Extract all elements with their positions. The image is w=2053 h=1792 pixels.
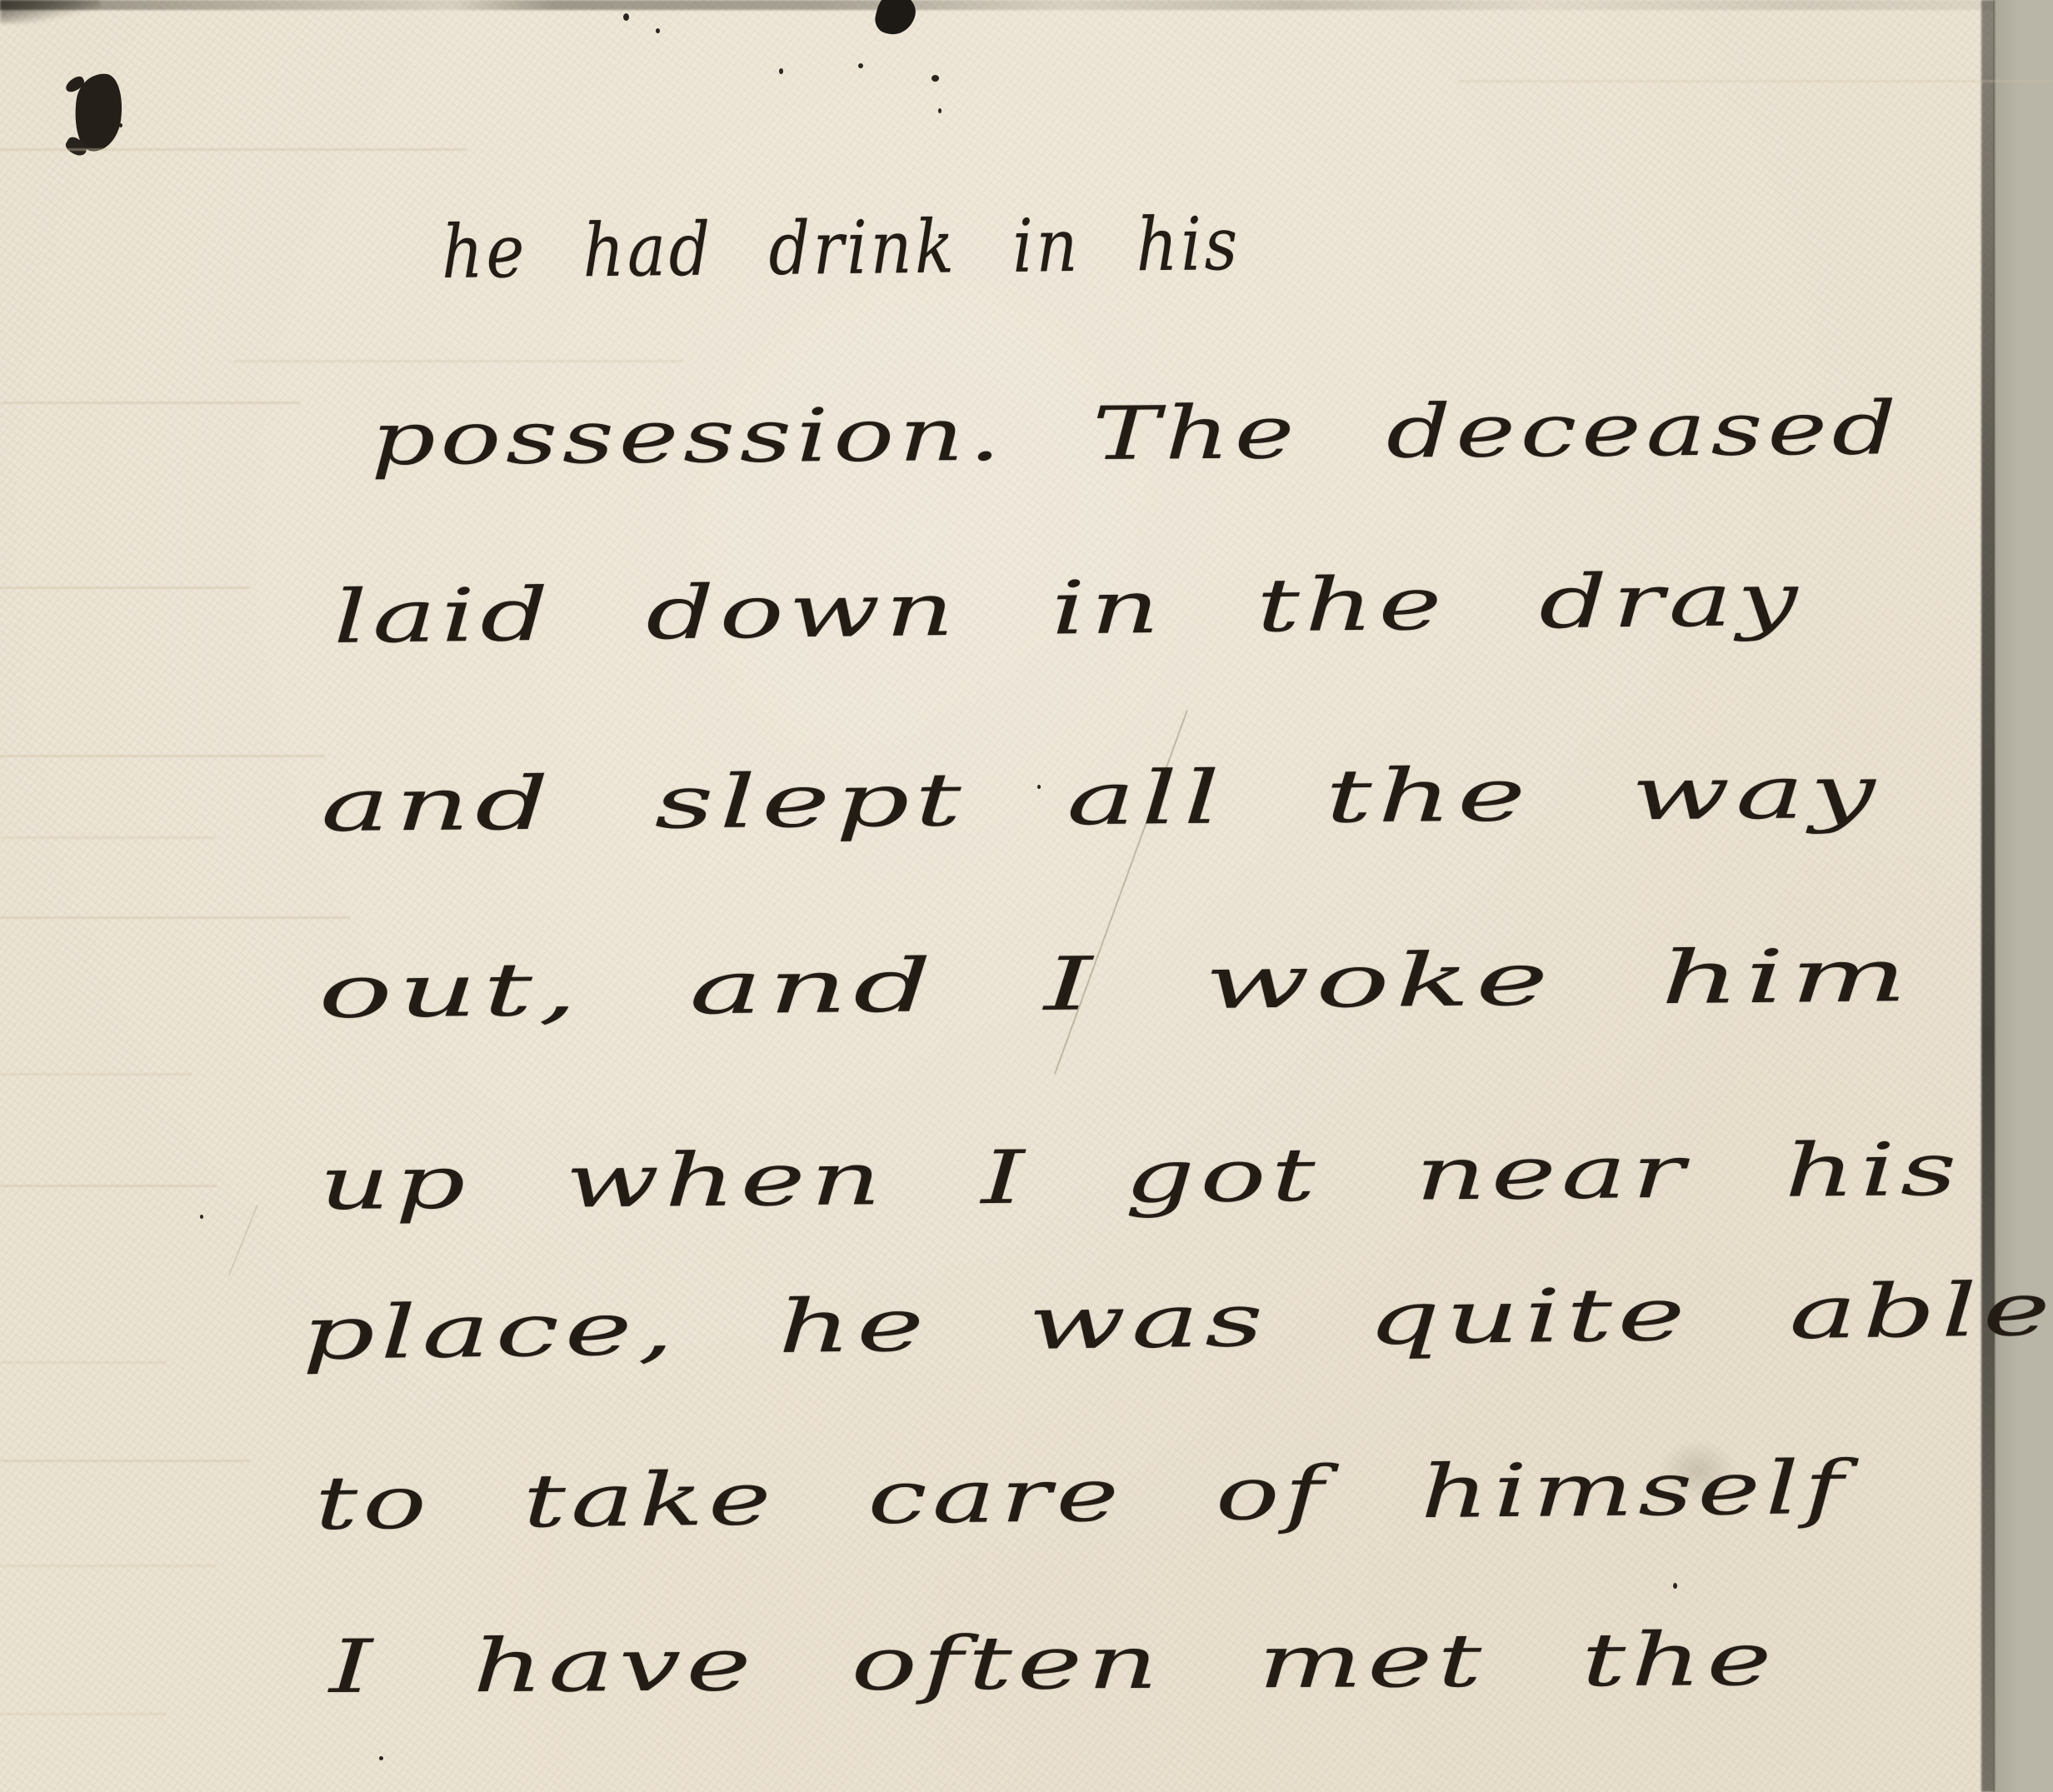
ink-speck — [932, 75, 939, 82]
ruled-line — [0, 916, 350, 919]
ruled-line — [233, 360, 683, 362]
scan-top-edge — [0, 0, 2053, 10]
ruled-line — [0, 587, 250, 589]
ink-speck — [379, 1756, 383, 1760]
ruled-line — [0, 755, 325, 757]
ruled-line — [0, 1185, 217, 1187]
paper-right-edge — [1981, 0, 1995, 1792]
handwriting-line-1: he had drink in his — [441, 202, 1241, 294]
ink-blot-top — [872, 0, 920, 39]
scratch-line — [228, 1205, 258, 1276]
ruled-line — [1458, 80, 2053, 82]
ink-speck — [779, 68, 783, 74]
ink-speck — [200, 1215, 203, 1219]
handwriting-line-3: laid down in the dray — [332, 557, 1803, 659]
ruled-line — [0, 1713, 167, 1715]
handwriting-line-4: and slept all the way — [321, 750, 1881, 848]
handwriting-line-8: to take care of himself — [314, 1445, 1848, 1545]
ruled-line — [0, 1565, 217, 1567]
ruled-line — [0, 148, 467, 151]
handwriting-line-6: up when I got near his — [319, 1127, 1962, 1225]
handwriting-line-2: possession. The deceased — [371, 386, 1901, 481]
ink-speck — [1673, 1583, 1677, 1589]
ruled-line — [0, 1361, 167, 1364]
scan-top-left-shadow — [0, 0, 100, 23]
manuscript-page: he had drink in his possession. The dece… — [0, 0, 2053, 1792]
ink-blot — [70, 71, 126, 154]
ruled-line — [0, 402, 300, 404]
ruled-line — [0, 1460, 250, 1462]
ruled-line — [0, 836, 217, 839]
ink-speck — [938, 108, 942, 113]
ink-speck — [623, 13, 629, 21]
ink-speck — [858, 63, 863, 68]
ruled-line — [0, 1073, 192, 1076]
scan-right-background — [1993, 0, 2053, 1792]
handwriting-line-9: I have often met the — [329, 1617, 1777, 1709]
ink-speck — [119, 123, 122, 127]
ink-speck — [656, 28, 660, 33]
handwriting-line-5: out, and I woke him — [317, 933, 1913, 1034]
handwriting-line-7: place, he was quite able — [301, 1267, 2053, 1376]
